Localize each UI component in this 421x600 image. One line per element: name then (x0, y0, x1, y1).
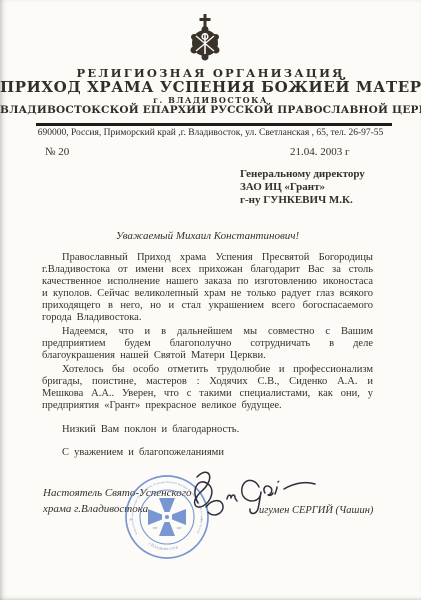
letter-page: РЕЛИГИОЗНАЯ ОРГАНИЗАЦИЯ ПРИХОД ХРАМА УСП… (0, 0, 421, 600)
org-name-line: ПРИХОД ХРАМА УСПЕНИЯ БОЖИЕЙ МАТЕРИ (0, 78, 421, 96)
reference-number: № 20 (45, 146, 69, 158)
closing-line: С уважением и благопожеланиями (42, 447, 373, 459)
paragraph-masters: Хотелось бы особо отметить трудолюбие и … (42, 364, 373, 412)
paragraph-cooperation: Надеемся, что и в дальнейшем мы совместн… (42, 326, 373, 362)
stamp-star-right: ✳ (200, 517, 204, 522)
stamp-star-left: ✳ (129, 517, 133, 522)
stamp-letters-left: ИН (153, 526, 158, 530)
signer-title-line1: Настоятель Свято-Успенского (43, 486, 192, 502)
signer-title-line2: храма г.Владивостока (43, 502, 192, 518)
address-line: 690000, Россия, Приморский край ,г. Влад… (0, 128, 421, 138)
stamp-city-text: г.Владивосток (147, 541, 179, 551)
org-eparchy-line: ВЛАДИВОСТОКСКОЙ ЕПАРХИИ РУССКОЙ ПРАВОСЛА… (0, 104, 421, 116)
signer-title: Настоятель Свято-Успенского храма г.Влад… (43, 486, 192, 517)
svg-text:г.Владивосток: г.Владивосток (147, 541, 179, 551)
letter-body: Православный Приход храма Успения Пресвя… (42, 252, 373, 461)
letterhead-divider (36, 123, 392, 126)
salutation: Уважаемый Михаил Константинович! (42, 230, 373, 242)
recipient-person: г-ну ГУНКЕВИЧ М.К. (240, 194, 365, 207)
paragraph-bow: Низкий Вам поклон и благодарность. (42, 424, 373, 436)
signer-name: игумен СЕРГИЙ (Чашин) (259, 505, 373, 516)
recipient-position: Генеральному директору (240, 168, 365, 181)
chi-rho-cross-emblem (189, 13, 221, 63)
recipient-company: ЗАО ИЦ «Грант» (240, 181, 365, 194)
paragraph-gratitude: Православный Приход храма Успения Пресвя… (42, 252, 373, 324)
stamp-letters-right: ЦИ (177, 526, 182, 530)
recipient-block: Генеральному директору ЗАО ИЦ «Грант» г-… (240, 168, 365, 208)
reference-date: 21.04. 2003 г (290, 146, 350, 158)
